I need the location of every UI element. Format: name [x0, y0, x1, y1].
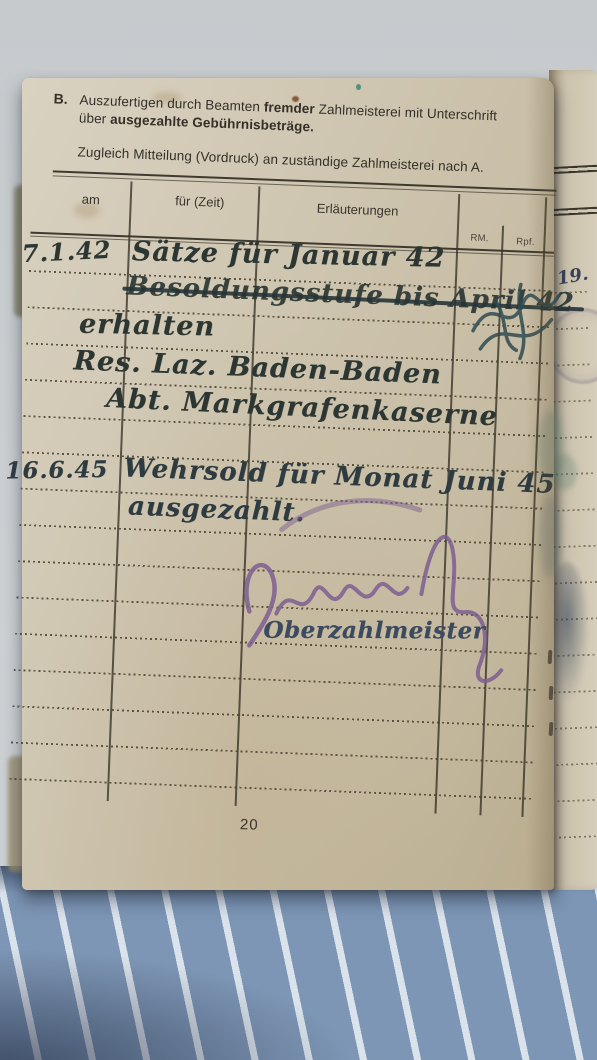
adjacent-page-edge: 19.	[549, 70, 597, 890]
header-text: Zahlmeisterei mit Unterschrift	[315, 101, 498, 123]
entry1-line3: erhalten	[79, 309, 216, 343]
entry1-date: 7.1.42	[21, 235, 112, 268]
entry1-line1: Sätze für Januar 42	[132, 236, 446, 274]
binding-stitch	[548, 650, 553, 664]
column-header-erlaeuterungen: Erläuterungen	[267, 199, 447, 221]
signature-scribble	[221, 493, 572, 719]
column-header-rm: RM.	[464, 232, 494, 244]
ink-scribble-blot	[464, 270, 568, 369]
binding-stitch	[549, 722, 554, 736]
binding-stitch	[549, 686, 554, 700]
adjacent-page-rule	[549, 165, 597, 175]
soldbuch-page: B. Auszufertigen durch Beamten fremder Z…	[22, 78, 554, 890]
header-text-bold: fremder	[264, 99, 316, 116]
column-line	[521, 197, 547, 817]
adjacent-page-rule	[549, 207, 597, 217]
section-label: B.	[53, 90, 68, 107]
ink-smudge-green	[538, 410, 564, 482]
ink-fleck	[356, 84, 361, 90]
signer-title: Oberzahlmeister	[263, 617, 485, 645]
header-line-3: Zugleich Mitteilung (Vordruck) an zustän…	[77, 143, 484, 176]
column-header-rpf: Rpf.	[510, 236, 540, 248]
header-text: über	[79, 110, 111, 126]
page-number: 20	[240, 816, 259, 834]
entry2-date: 16.6.45	[5, 456, 108, 484]
column-header-am: am	[52, 190, 131, 208]
page-content: B. Auszufertigen durch Beamten fremder Z…	[0, 67, 558, 899]
column-header-fuer-zeit: für (Zeit)	[142, 192, 258, 211]
